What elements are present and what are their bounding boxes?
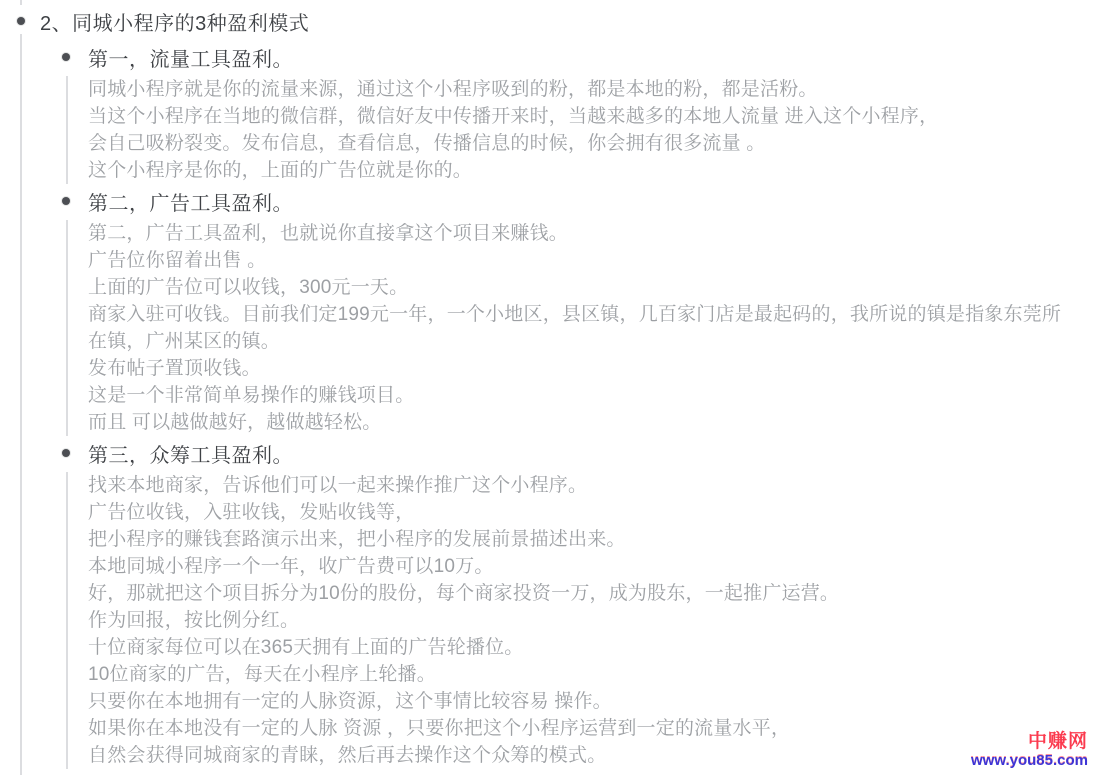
node-row: 第二，广告工具盈利。 — [0, 188, 1096, 214]
node-note: 同城小程序就是你的流量来源，通过这个小程序吸到的粉，都是本地的粉，都是活粉。 当… — [66, 76, 1078, 184]
watermark-site-url: www.you85.com — [971, 753, 1088, 770]
note-line: 十位商家每位可以在365天拥有上面的广告轮播位。 — [88, 634, 1078, 661]
note-line: 自然会获得同城商家的青睐，然后再去操作这个众筹的模式。 — [88, 742, 1078, 769]
outline-guide-line-level1 — [20, 34, 22, 775]
outline-node-section-3: 第三，众筹工具盈利。 找来本地商家，告诉他们可以一起来操作推广这个小程序。 广告… — [0, 440, 1096, 769]
note-line: 这个小程序是你的，上面的广告位就是你的。 — [88, 157, 1078, 184]
note-line: 第二，广告工具盈利，也就说你直接拿这个项目来赚钱。 — [88, 220, 1078, 247]
outline-node-section-1: 第一，流量工具盈利。 同城小程序就是你的流量来源，通过这个小程序吸到的粉，都是本… — [0, 44, 1096, 184]
note-line: 广告位收钱，入驻收钱，发贴收钱等， — [88, 499, 1078, 526]
outline-guide-line-top — [20, 0, 22, 5]
node-row: 第三，众筹工具盈利。 — [0, 440, 1096, 466]
note-line: 会自己吸粉裂变。发布信息，查看信息，传播信息的时候，你会拥有很多流量 。 — [88, 130, 1078, 157]
note-line: 广告位你留着出售 。 — [88, 247, 1078, 274]
bullet-icon[interactable] — [62, 449, 70, 457]
bullet-icon[interactable] — [62, 53, 70, 61]
note-line: 找来本地商家，告诉他们可以一起来操作推广这个小程序。 — [88, 472, 1078, 499]
note-line: 好，那就把这个项目拆分为10份的股份，每个商家投资一万，成为股东，一起推广运营。 — [88, 580, 1078, 607]
bullet-icon[interactable] — [62, 197, 70, 205]
node-heading: 第一，流量工具盈利。 — [88, 43, 293, 72]
note-line: 如果你在本地没有一定的人脉 资源 ，只要你把这个小程序运营到一定的流量水平， — [88, 715, 1078, 742]
site-watermark: 中赚网 www.you85.com — [971, 732, 1088, 769]
node-note: 第二，广告工具盈利，也就说你直接拿这个项目来赚钱。 广告位你留着出售 。 上面的… — [66, 220, 1078, 436]
note-line: 只要你在本地拥有一定的人脉资源，这个事情比较容易 操作。 — [88, 688, 1078, 715]
outline-root-node: 2、同城小程序的3种盈利模式 第一，流量工具盈利。 同城小程序就是你的流量来源，… — [0, 8, 1096, 769]
note-line: 当这个小程序在当地的微信群，微信好友中传播开来时，当越来越多的本地人流量 进入这… — [88, 103, 1078, 130]
node-row: 第一，流量工具盈利。 — [0, 44, 1096, 70]
note-line: 上面的广告位可以收钱，300元一天。 — [88, 274, 1078, 301]
watermark-site-name: 中赚网 — [971, 732, 1088, 753]
note-line: 而且 可以越做越好，越做越轻松。 — [88, 409, 1078, 436]
outline-children: 第一，流量工具盈利。 同城小程序就是你的流量来源，通过这个小程序吸到的粉，都是本… — [0, 44, 1096, 769]
note-line: 作为回报，按比例分红。 — [88, 607, 1078, 634]
note-line: 这是一个非常简单易操作的赚钱项目。 — [88, 382, 1078, 409]
root-node-title: 2、同城小程序的3种盈利模式 — [40, 7, 309, 36]
note-line: 同城小程序就是你的流量来源，通过这个小程序吸到的粉，都是本地的粉，都是活粉。 — [88, 76, 1078, 103]
bullet-icon[interactable] — [17, 17, 25, 25]
note-line: 10位商家的广告，每天在小程序上轮播。 — [88, 661, 1078, 688]
note-line: 商家入驻可收钱。目前我们定199元一年，一个小地区，县区镇，几百家门店是最起码的… — [88, 301, 1078, 355]
node-heading: 第二，广告工具盈利。 — [88, 187, 293, 216]
outline-document: 2、同城小程序的3种盈利模式 第一，流量工具盈利。 同城小程序就是你的流量来源，… — [0, 0, 1096, 775]
node-row: 2、同城小程序的3种盈利模式 — [0, 8, 1096, 34]
node-note: 找来本地商家，告诉他们可以一起来操作推广这个小程序。 广告位收钱，入驻收钱，发贴… — [66, 472, 1078, 769]
node-heading: 第三，众筹工具盈利。 — [88, 439, 293, 468]
note-line: 发布帖子置顶收钱。 — [88, 355, 1078, 382]
outline-node-section-2: 第二，广告工具盈利。 第二，广告工具盈利，也就说你直接拿这个项目来赚钱。 广告位… — [0, 188, 1096, 436]
note-line: 本地同城小程序一个一年，收广告费可以10万。 — [88, 553, 1078, 580]
note-line: 把小程序的赚钱套路演示出来，把小程序的发展前景描述出来。 — [88, 526, 1078, 553]
